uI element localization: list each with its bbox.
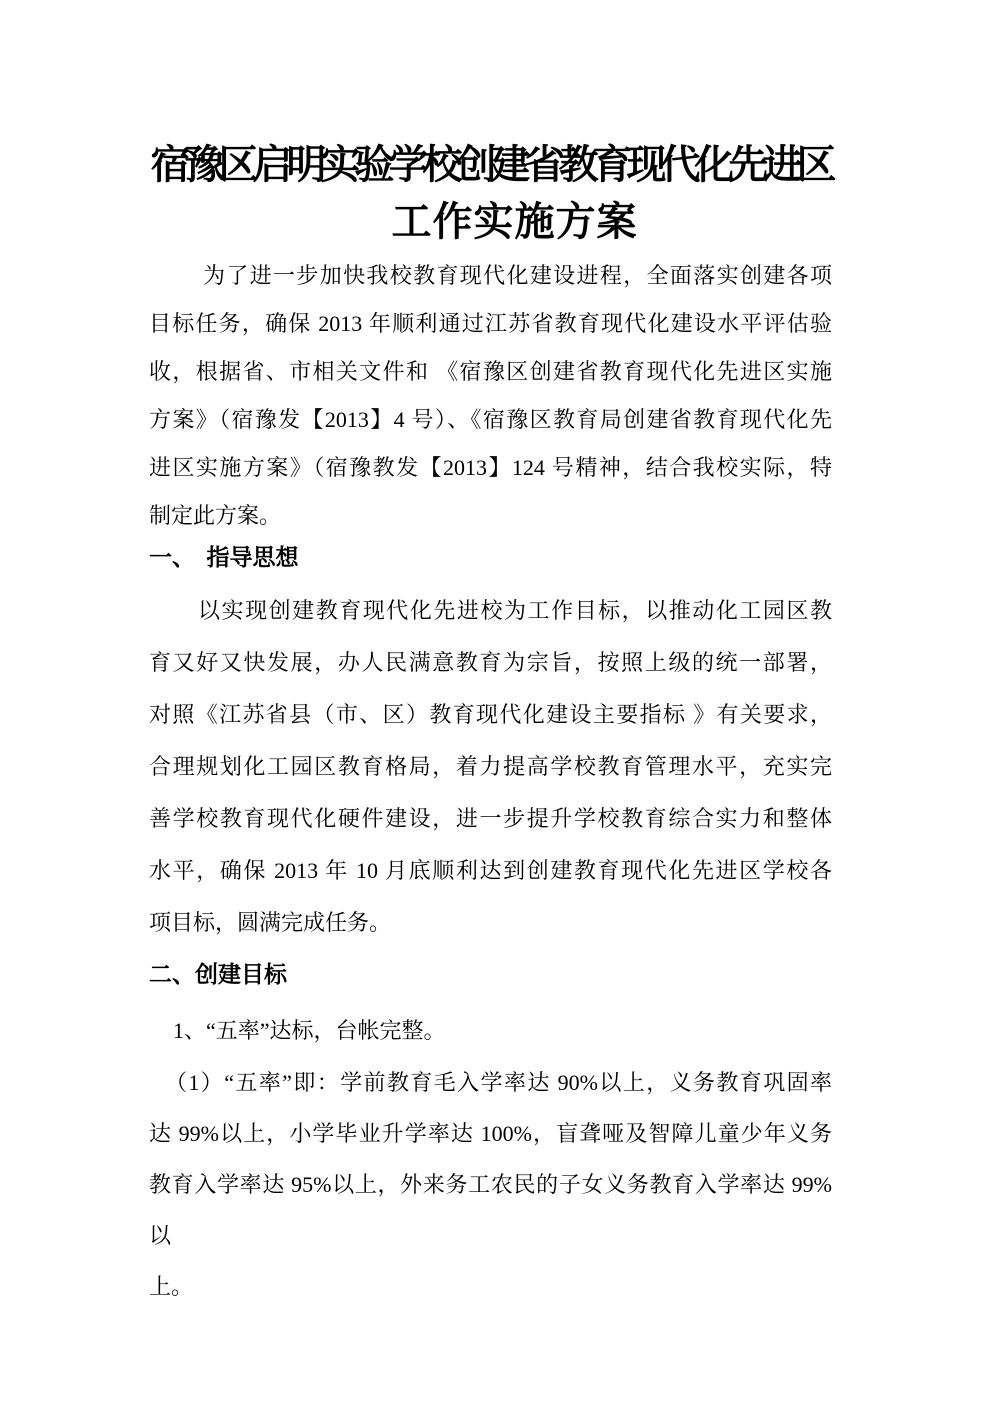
- title-line-1: 宿豫区启明实验学校创建省教育现代化先进区: [149, 136, 832, 193]
- heading-section-1: 一、 指导思想: [149, 534, 832, 582]
- title-line-2: 工作实施方案: [149, 193, 832, 250]
- paragraph-line: 水平，确保 2013 年 10 月底顺利达到创建教育现代化先进区学校各: [149, 845, 832, 897]
- paragraph-line: 对照《江苏省县（市、区）教育现代化建设主要指标 》有关要求，: [149, 689, 832, 741]
- paragraph-line: 收，根据省、市相关文件和 《宿豫区创建省教育现代化先进区实施: [149, 348, 832, 396]
- paragraph-line: 项目标，圆满完成任务。: [149, 897, 832, 949]
- paragraph-guiding-ideology: 以实现创建教育现代化先进校为工作目标，以推动化工园区教 育又好又快发展，办人民满…: [149, 585, 832, 949]
- paragraph-line: （1）“五率”即：学前教育毛入学率达 90%以上，义务教育巩固率: [149, 1057, 832, 1108]
- paragraph-line: 为了进一步加快我校教育现代化建设进程，全面落实创建各项: [149, 252, 832, 300]
- paragraph-line: 目标任务，确保 2013 年顺利通过江苏省教育现代化建设水平评估验: [149, 300, 832, 348]
- heading-section-2: 二、创建目标: [149, 949, 832, 1001]
- document-content: 宿豫区启明实验学校创建省教育现代化先进区 工作实施方案 为了进一步加快我校教育现…: [0, 136, 993, 1312]
- paragraph-line: 以实现创建教育现代化先进校为工作目标，以推动化工园区教: [149, 585, 832, 637]
- paragraph-line: 上。: [149, 1261, 832, 1312]
- paragraph-line: 达 99%以上，小学毕业升学率达 100%，盲聋哑及智障儿童少年义务: [149, 1108, 832, 1159]
- paragraph-five-rates: （1）“五率”即：学前教育毛入学率达 90%以上，义务教育巩固率 达 99%以上…: [149, 1057, 832, 1312]
- paragraph-line: 制定此方案。: [149, 492, 832, 540]
- document-page: 宿豫区启明实验学校创建省教育现代化先进区 工作实施方案 为了进一步加快我校教育现…: [0, 0, 993, 1404]
- paragraph-intro: 为了进一步加快我校教育现代化建设进程，全面落实创建各项 目标任务，确保 2013…: [149, 252, 832, 540]
- paragraph-line: 育又好又快发展，办人民满意教育为宗旨，按照上级的统一部署，: [149, 637, 832, 689]
- paragraph-line: 善学校教育现代化硬件建设，进一步提升学校教育综合实力和整体: [149, 793, 832, 845]
- list-item-1: 1、“五率”达标，台帐完整。: [149, 1005, 832, 1057]
- document-title: 宿豫区启明实验学校创建省教育现代化先进区 工作实施方案: [149, 136, 832, 250]
- paragraph-line: 进区实施方案》（宿豫教发【2013】124 号精神，结合我校实际，特: [149, 444, 832, 492]
- document-body: 为了进一步加快我校教育现代化建设进程，全面落实创建各项 目标任务，确保 2013…: [149, 252, 832, 1312]
- paragraph-line: 方案》（宿豫发【2013】4 号）、《宿豫区教育局创建省教育现代化先: [149, 396, 832, 444]
- paragraph-line: 合理规划化工园区教育格局，着力提高学校教育管理水平，充实完: [149, 741, 832, 793]
- paragraph-line: 教育入学率达 95%以上，外来务工农民的子女义务教育入学率达 99%以: [149, 1159, 832, 1261]
